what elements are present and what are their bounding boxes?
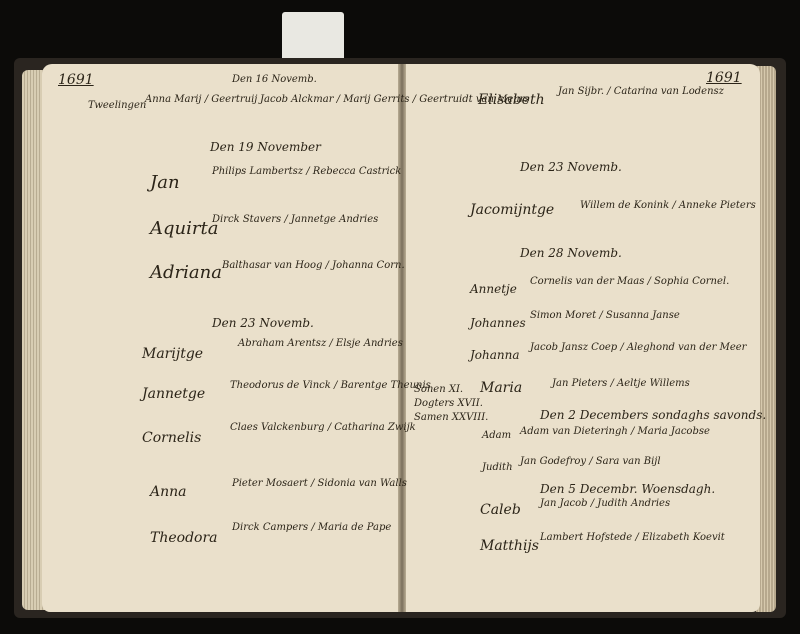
entry-parents: Cornelis van der Maas / Sophia Cornel. (530, 276, 729, 287)
entry-parents: Jan Jacob / Judith Andries (540, 498, 670, 509)
date-heading: Den 5 Decembr. Woensdagh. (540, 482, 715, 496)
entry-parents: Balthasar van Hoog / Johanna Corn. (222, 260, 405, 271)
entry-name: Matthijs (480, 538, 539, 554)
entry-name: Theodora (150, 530, 218, 546)
entry-parents: Jacob Jansz Coep / Aleghond van der Meer (530, 342, 746, 353)
entry-parents: Philips Lambertsz / Rebecca Castrick (212, 166, 401, 177)
margin-total: Dogters XVII. (414, 398, 483, 409)
entry-parents: Pieter Mosaert / Sidonia van Walls (232, 478, 407, 489)
entry-parents: Theodorus de Vinck / Barentge Theunis (230, 380, 431, 391)
entry-name: Adriana (150, 262, 222, 283)
entry-name: Jan (150, 172, 180, 193)
entry-name: Anna (150, 484, 187, 500)
left-header-date: Den 16 Novemb. (232, 74, 317, 85)
entry-parents: Anna Marij / Geertruij (145, 94, 257, 105)
margin-total: Sonen XI. (414, 384, 463, 395)
entry-parents: Willem de Konink / Anneke Pieters (580, 200, 756, 211)
entry-name: Caleb (480, 502, 521, 518)
entry-name: Johanna (470, 348, 520, 362)
date-heading: Den 19 November (210, 140, 321, 154)
entry-name: Adam (482, 430, 511, 441)
entry-name: Aquirta (150, 218, 218, 239)
entry-name: Jannetge (142, 386, 205, 402)
entry-name: Elisabeth (478, 92, 545, 108)
date-heading: Den 23 Novemb. (520, 160, 622, 174)
entry-parents: Adam van Dieteringh / Maria Jacobse (520, 426, 710, 437)
entry-parents: Dirck Campers / Maria de Pape (232, 522, 391, 533)
entry-name: Maria (480, 380, 522, 396)
date-heading: Den 23 Novemb. (212, 316, 314, 330)
entry-parents: Dirck Stavers / Jannetge Andries (212, 214, 378, 225)
margin-total: Samen XXVIII. (414, 412, 488, 423)
entry-parents: Simon Moret / Susanna Janse (530, 310, 680, 321)
entry-parents: Jan Pieters / Aeltje Willems (552, 378, 690, 389)
entry-name: Johannes (470, 316, 526, 330)
entry-name: Jacomijntge (470, 202, 554, 218)
entry-parents: Lambert Hofstede / Elizabeth Koevit (540, 532, 725, 543)
entry-parents: Claes Valckenburg / Catharina Zwijk (230, 422, 416, 433)
entry-name: Annetje (470, 282, 517, 296)
entry-name: Tweelingen (88, 100, 146, 111)
date-heading: Den 28 Novemb. (520, 246, 622, 260)
entry-parents: Jan Godefroy / Sara van Bijl (520, 456, 661, 467)
date-heading: Den 2 Decembers sondaghs savonds. (540, 408, 766, 422)
right-page-number: 1691 (706, 70, 742, 86)
entry-name: Judith (482, 462, 513, 473)
entry-name: Cornelis (142, 430, 201, 446)
right-page (404, 64, 760, 612)
entry-parents: Abraham Arentsz / Elsje Andries (238, 338, 403, 349)
entry-name: Marijtge (142, 346, 203, 362)
left-page-number: 1691 (58, 72, 94, 88)
entry-parents: Jan Sijbr. / Catarina van Lodensz (558, 86, 724, 97)
